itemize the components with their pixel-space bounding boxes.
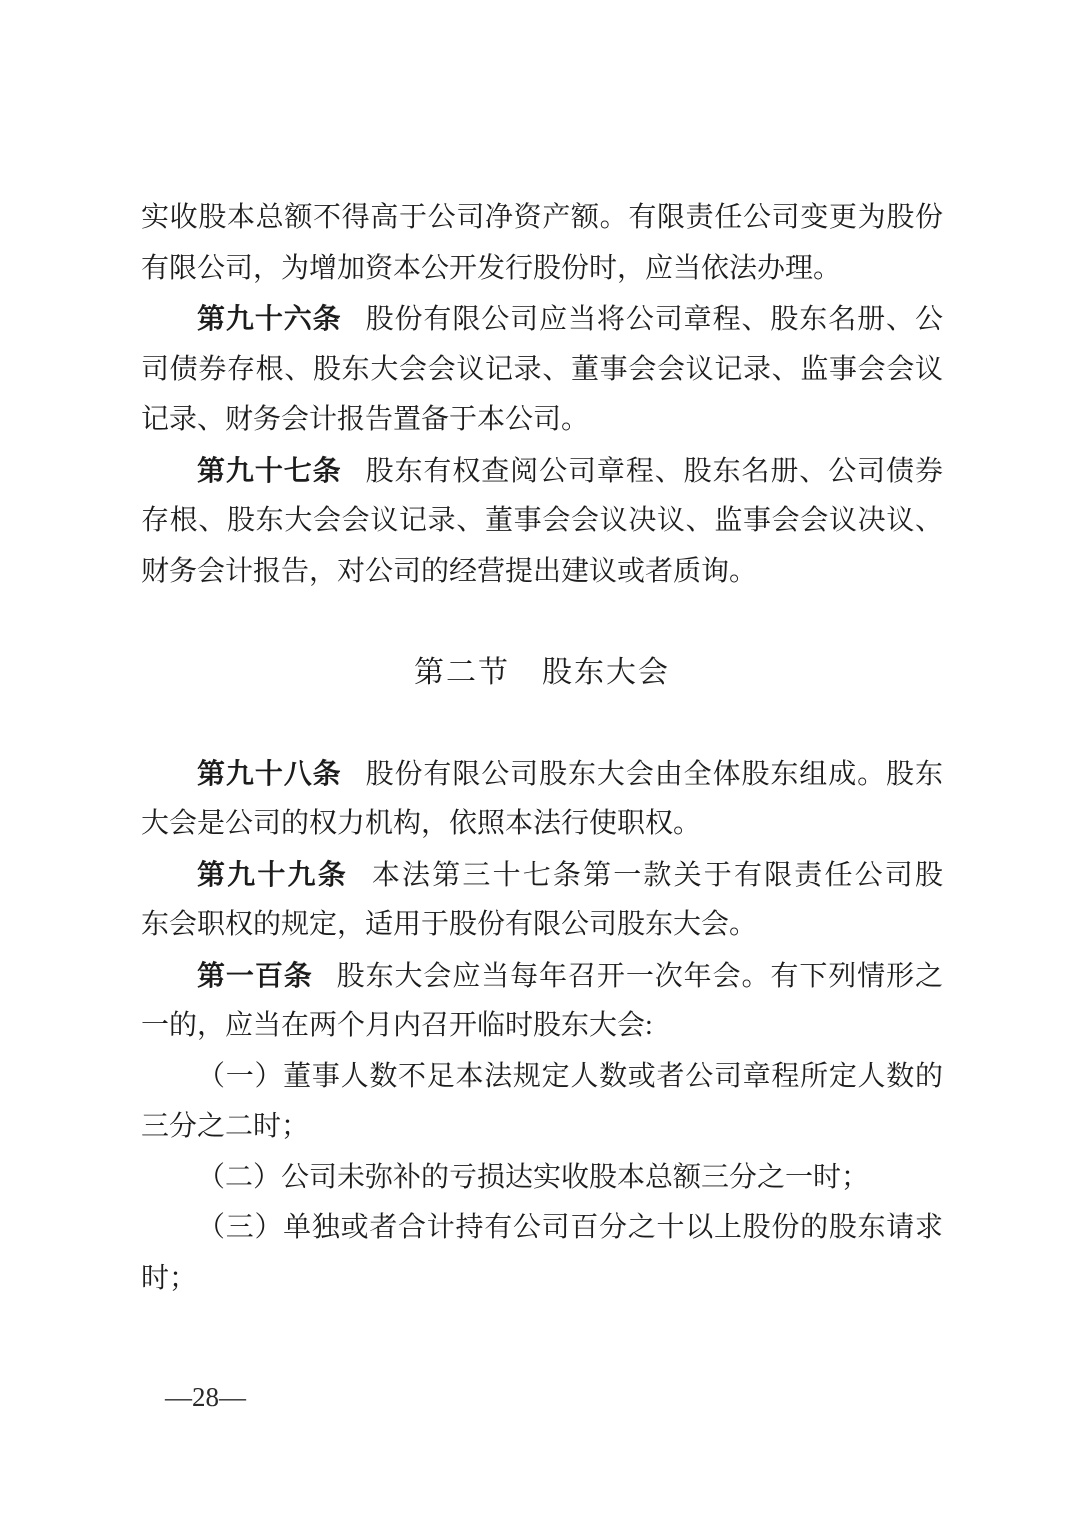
text-line-article-97: 第九十七条股东有权查阅公司章程、股东名册、公司债券 [141,446,943,497]
text-line-article-100: 第一百条股东大会应当每年召开一次年会。有下列情形之 [141,951,943,1002]
text-line: 记录、财务会计报告置备于本公司。 [141,395,943,446]
article-number-label: 第九十六条 [197,303,342,334]
section-heading: 第二节 股东大会 [141,648,943,699]
text-line-article-99: 第九十九条本法第三十七条第一款关于有限责任公司股 [141,850,943,901]
document-text-block: 实收股本总额不得高于公司净资产额。有限责任公司变更为股份 有限公司，为增加资本公… [141,193,943,1304]
text-line: 东会职权的规定，适用于股份有限公司股东大会。 [141,900,943,951]
line-text: 股份有限公司应当将公司章程、股东名册、公 [366,304,943,335]
text-line-item-3: （三）单独或者合计持有公司百分之十以上股份的股东请求 [141,1203,943,1254]
text-line: 一的，应当在两个月内召开临时股东大会: [141,1001,943,1052]
document-page: 实收股本总额不得高于公司净资产额。有限责任公司变更为股份 有限公司，为增加资本公… [0,0,1069,1515]
article-number-label: 第一百条 [197,960,313,991]
text-line: 财务会计报告，对公司的经营提出建议或者质询。 [141,547,943,598]
text-line: 时； [141,1254,943,1305]
article-number-label: 第九十九条 [197,859,348,890]
article-number-label: 第九十八条 [197,758,342,789]
text-line: 大会是公司的权力机构，依照本法行使职权。 [141,799,943,850]
text-line-item-2: （二）公司未弥补的亏损达实收股本总额三分之一时； [141,1153,943,1204]
article-number-label: 第九十七条 [197,455,342,486]
line-text: 本法第三十七条第一款关于有限责任公司股 [372,860,943,891]
text-line: 三分之二时； [141,1102,943,1153]
text-line: 司债券存根、股东大会会议记录、董事会会议记录、监事会会议 [141,345,943,396]
text-line-article-96: 第九十六条股份有限公司应当将公司章程、股东名册、公 [141,294,943,345]
text-line: 实收股本总额不得高于公司净资产额。有限责任公司变更为股份 [141,193,943,244]
line-text: 股份有限公司股东大会由全体股东组成。股东 [366,759,943,790]
text-line: 存根、股东大会会议记录、董事会会议决议、监事会会议决议、 [141,496,943,547]
line-text: 股东大会应当每年召开一次年会。有下列情形之 [337,961,943,992]
text-line: 有限公司，为增加资本公开发行股份时，应当依法办理。 [141,244,943,295]
text-line-item-1: （一）董事人数不足本法规定人数或者公司章程所定人数的 [141,1052,943,1103]
line-text: 股东有权查阅公司章程、股东名册、公司债券 [366,456,943,487]
text-line-article-98: 第九十八条股份有限公司股东大会由全体股东组成。股东 [141,749,943,800]
page-number: —28— [165,1380,246,1414]
